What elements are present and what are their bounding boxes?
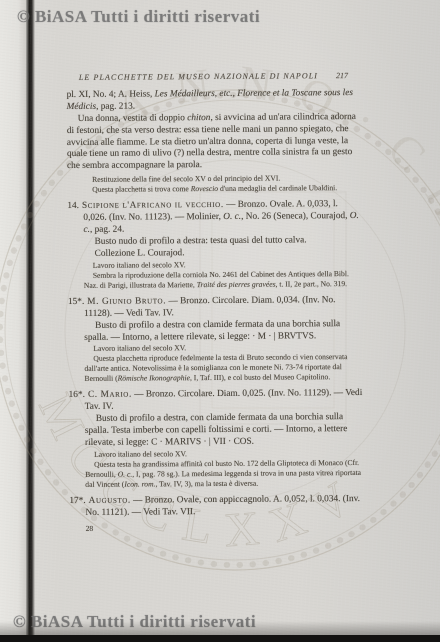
running-header: LE PLACCHETTE DEL MUSEO NAZIONALE DI NAP… [66, 70, 360, 84]
biasa-watermark-top: © BiASA Tutti i diritti riservati [17, 7, 260, 27]
intro-notes: Restituzione della fine del secolo XV o … [67, 173, 361, 195]
page-edge-strip [0, 0, 26, 642]
note-line: Sembra la riproduzione della corniola No… [84, 269, 362, 291]
scan-bottom-shadow [0, 621, 440, 635]
entry-headline: 14.Scipione l'Africano il vecchio. — Bro… [83, 199, 361, 237]
entry-number: 16*. [69, 390, 85, 400]
entry-headline-text: Augusto. — Bronzo. Ovale, con appiccagno… [85, 494, 360, 518]
scanned-book-page: ANNO·CHRISTI MCCCLXXV LE PLACCHETTE DEL … [0, 0, 440, 642]
catalog-entry-14: 14.Scipione l'Africano il vecchio. — Bro… [67, 199, 362, 291]
intro-continuation-paragraph: pl. XI, No. 4; A. Heiss, Les Médailleurs… [67, 88, 361, 114]
entry-body-paragraph: Busto di profilo a destra con clamide fe… [84, 319, 362, 345]
entry-body-paragraph: Busto di profilo a destra, con clamide f… [85, 412, 363, 450]
entry-headline-text: Scipione l'Africano il vecchio. — Bronzo… [82, 199, 359, 235]
entry-headline-text: C. Mario. — Bronzo. Circolare. Diam. 0,0… [85, 388, 363, 412]
book-spine-shadow [26, 0, 35, 642]
entry-headline-text: M. Giunio Bruto. — Bronzo. Circolare. Di… [84, 295, 335, 319]
page-number: 217 [336, 70, 348, 82]
note-line: Questa placchetta riproduce fedelmente l… [84, 352, 362, 384]
catalog-entry-17: 17*.Augusto. — Bronzo. Ovale, con appicc… [69, 494, 363, 520]
entry-number: 15*. [68, 297, 84, 307]
intro-paragraph: Una donna, vestita di doppio chiton, si … [67, 112, 361, 174]
note-line: Questa placchetta si trova come Rovescio… [83, 183, 361, 195]
note-line: Questa testa ha grandissima affinità col… [85, 458, 363, 490]
running-title: LE PLACCHETTE DEL MUSEO NAZIONALE DI NAP… [79, 70, 318, 84]
entry-headline: 16*.C. Mario. — Bronzo. Circolare. Diam.… [85, 388, 363, 414]
entry-number: 17*. [69, 496, 85, 506]
entry-number: 14. [67, 201, 79, 211]
scan-bottom-edge [0, 635, 440, 642]
entry-headline: 17*.Augusto. — Bronzo. Ovale, con appicc… [85, 494, 363, 520]
catalog-entry-15: 15*.M. Giunio Bruto. — Bronzo. Circolare… [68, 295, 363, 385]
signature-mark: 28 [70, 521, 364, 535]
catalog-entry-16: 16*.C. Mario. — Bronzo. Circolare. Diam.… [69, 388, 364, 490]
entry-headline: 15*.M. Giunio Bruto. — Bronzo. Circolare… [84, 295, 362, 321]
page-text-block: LE PLACCHETTE DEL MUSEO NAZIONALE DI NAP… [66, 70, 363, 535]
